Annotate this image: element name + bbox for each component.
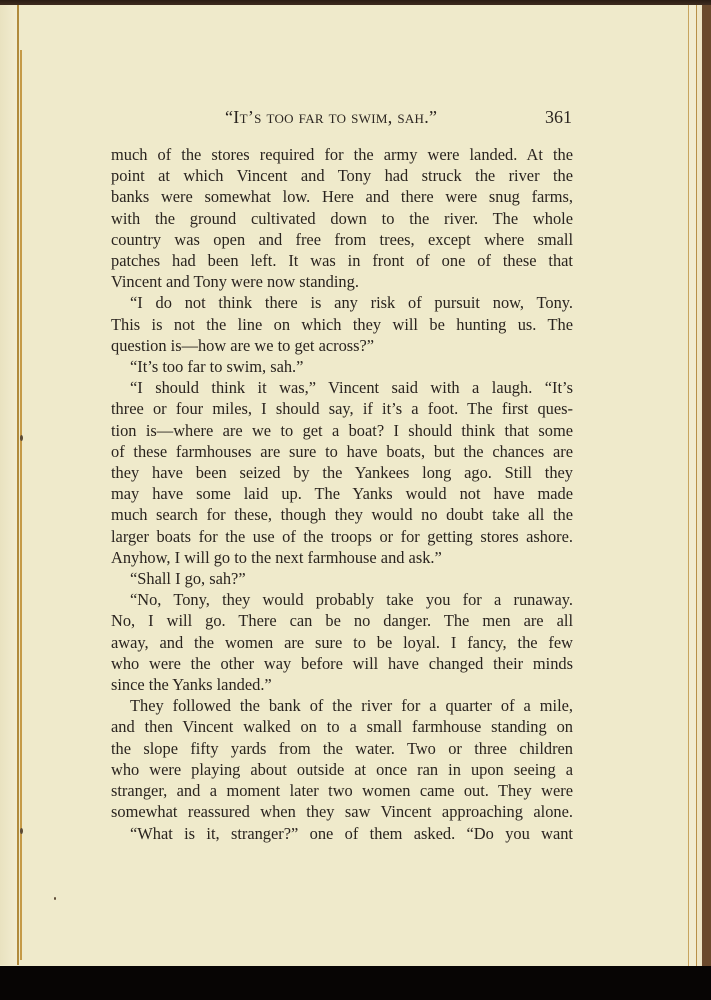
text-line: country was open and free from trees, ex… [111, 229, 573, 250]
text-line: banks were somewhat low. Here and there … [111, 186, 573, 207]
book-bottom-shadow [0, 966, 711, 1000]
text-line: “I should think it was,” Vincent said wi… [111, 377, 573, 398]
text-line: who were the other way before will have … [111, 653, 573, 674]
page-header: “It’s too far to swim, sah.” 361 [110, 107, 572, 129]
text-line: “What is it, stranger?” one of them aske… [111, 823, 573, 844]
text-line: may have some laid up. The Yanks would n… [111, 483, 573, 504]
ink-speck [20, 435, 23, 441]
body-text: much of the stores required for the army… [111, 144, 573, 844]
text-line: since the Yanks landed.” [111, 674, 573, 695]
text-line: who were playing about outside at once r… [111, 759, 573, 780]
ink-speck [54, 897, 56, 900]
text-line: and then Vincent walked on to a small fa… [111, 716, 573, 737]
text-line: “No, Tony, they would probably take you … [111, 589, 573, 610]
text-line: “I do not think there is any risk of pur… [111, 292, 573, 313]
text-line: question is—how are we to get across?” [111, 335, 573, 356]
text-line: “It’s too far to swim, sah.” [111, 356, 573, 377]
text-line: “Shall I go, sah?” [111, 568, 573, 589]
text-line: This is not the line on which they will … [111, 314, 573, 335]
text-line: Vincent and Tony were now standing. [111, 271, 573, 292]
text-line: the slope fifty yards from the water. Tw… [111, 738, 573, 759]
text-line: They followed the bank of the river for … [111, 695, 573, 716]
text-line: tion is—where are we to get a boat? I sh… [111, 420, 573, 441]
text-line: away, and the women are sure to be loyal… [111, 632, 573, 653]
text-line: three or four miles, I should say, if it… [111, 398, 573, 419]
binding-thread [20, 50, 22, 960]
text-line: stranger, and a moment later two women c… [111, 780, 573, 801]
running-title: “It’s too far to swim, sah.” [225, 107, 437, 128]
text-line: larger boats for the use of the troops o… [111, 526, 573, 547]
text-line: they have been seized by the Yankees lon… [111, 462, 573, 483]
text-line: point at which Vincent and Tony had stru… [111, 165, 573, 186]
text-line: much of the stores required for the army… [111, 144, 573, 165]
text-line: much search for these, though they would… [111, 504, 573, 525]
ink-speck [20, 828, 23, 834]
text-line: patches had been left. It was in front o… [111, 250, 573, 271]
text-line: No, I will go. There can be no danger. T… [111, 610, 573, 631]
left-page-gutter [0, 5, 19, 965]
text-line: of these farmhouses are sure to have boa… [111, 441, 573, 462]
page-number: 361 [545, 107, 572, 128]
page-stack-edge [688, 5, 711, 967]
text-line: somewhat reassured when they saw Vincent… [111, 801, 573, 822]
text-line: Anyhow, I will go to the next farmhouse … [111, 547, 573, 568]
text-line: with the ground cultivated down to the r… [111, 208, 573, 229]
